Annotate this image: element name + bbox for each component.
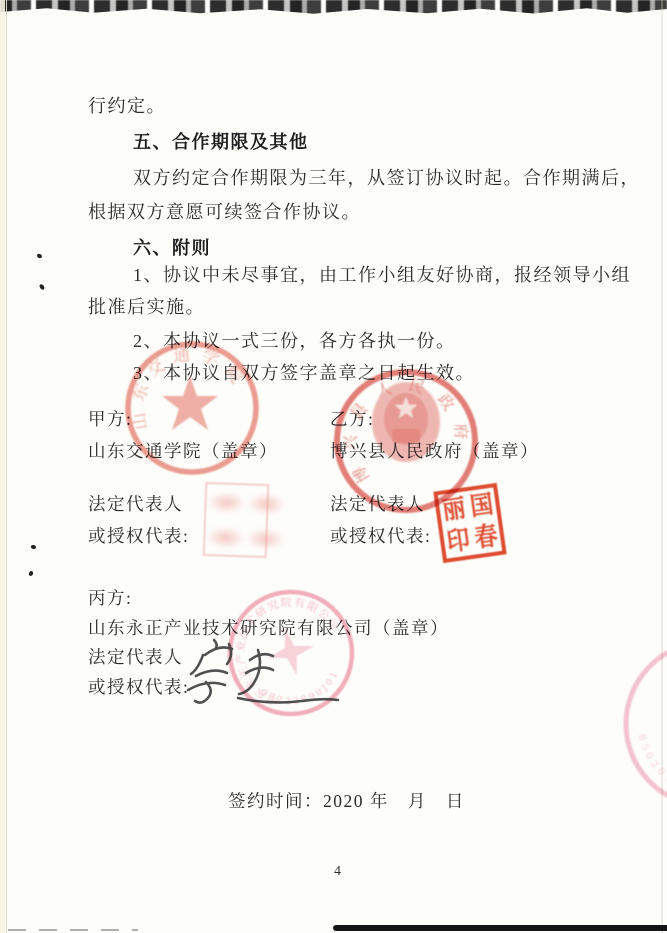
seal-char: 春 xyxy=(473,523,499,551)
signature-handwriting xyxy=(180,628,360,718)
ink-speck xyxy=(31,545,36,549)
party-a-legal-rep-label: 法定代表人 xyxy=(88,494,183,515)
ink-speck xyxy=(39,283,45,290)
scan-artifact-bottom-dashes xyxy=(8,929,138,931)
scan-artifact-left-line xyxy=(6,0,7,933)
ink-speck xyxy=(36,253,42,258)
scan-artifact-left-tint xyxy=(0,0,5,933)
seal-char: 国 xyxy=(468,491,494,519)
party-b-rep-name-seal: 丽 国 印 春 xyxy=(433,483,506,563)
star-icon xyxy=(162,376,218,430)
party-b-auth-rep-label: 或授权代表: xyxy=(330,526,431,547)
body-line: 1、协议中未尽事宜，由工作小组友好协商，报经领导小组 xyxy=(133,265,631,287)
section-heading-5: 五、合作期限及其他 xyxy=(133,132,309,154)
edge-partial-round-seal: 有限公司 8502011 xyxy=(600,620,667,830)
section-heading-6: 六、附则 xyxy=(133,238,211,260)
seal-char: 丽 xyxy=(441,495,467,523)
body-line: 根据双方意愿可续签合作协议。 xyxy=(88,202,361,224)
ink-speck xyxy=(28,570,34,576)
seal-char: 印 xyxy=(445,527,471,555)
scan-artifact-top-edge xyxy=(0,0,667,15)
party-c-legal-rep-label: 法定代表人 xyxy=(88,647,183,668)
party-c-auth-rep-label: 或授权代表: xyxy=(88,677,189,698)
party-a-auth-rep-label: 或授权代表: xyxy=(88,526,189,547)
signing-date-line: 签约时间：2020 年 月 日 xyxy=(228,791,465,812)
body-line: 双方约定合作期限为三年，从签订协议时起。合作期满后， xyxy=(133,168,640,190)
party-a-rep-square-seal xyxy=(203,482,270,558)
scan-artifact-bottom-bar xyxy=(333,925,667,931)
page-number: 4 xyxy=(334,864,341,880)
party-c-label: 丙方: xyxy=(88,588,132,609)
scanned-contract-page: 行约定。 五、合作期限及其他 双方约定合作期限为三年，从签订协议时起。合作期满后… xyxy=(0,0,667,933)
party-a-round-seal: 山东交通学院 xyxy=(120,336,264,480)
body-line: 行约定。 xyxy=(88,96,166,118)
body-line: 批准后实施。 xyxy=(88,297,205,319)
